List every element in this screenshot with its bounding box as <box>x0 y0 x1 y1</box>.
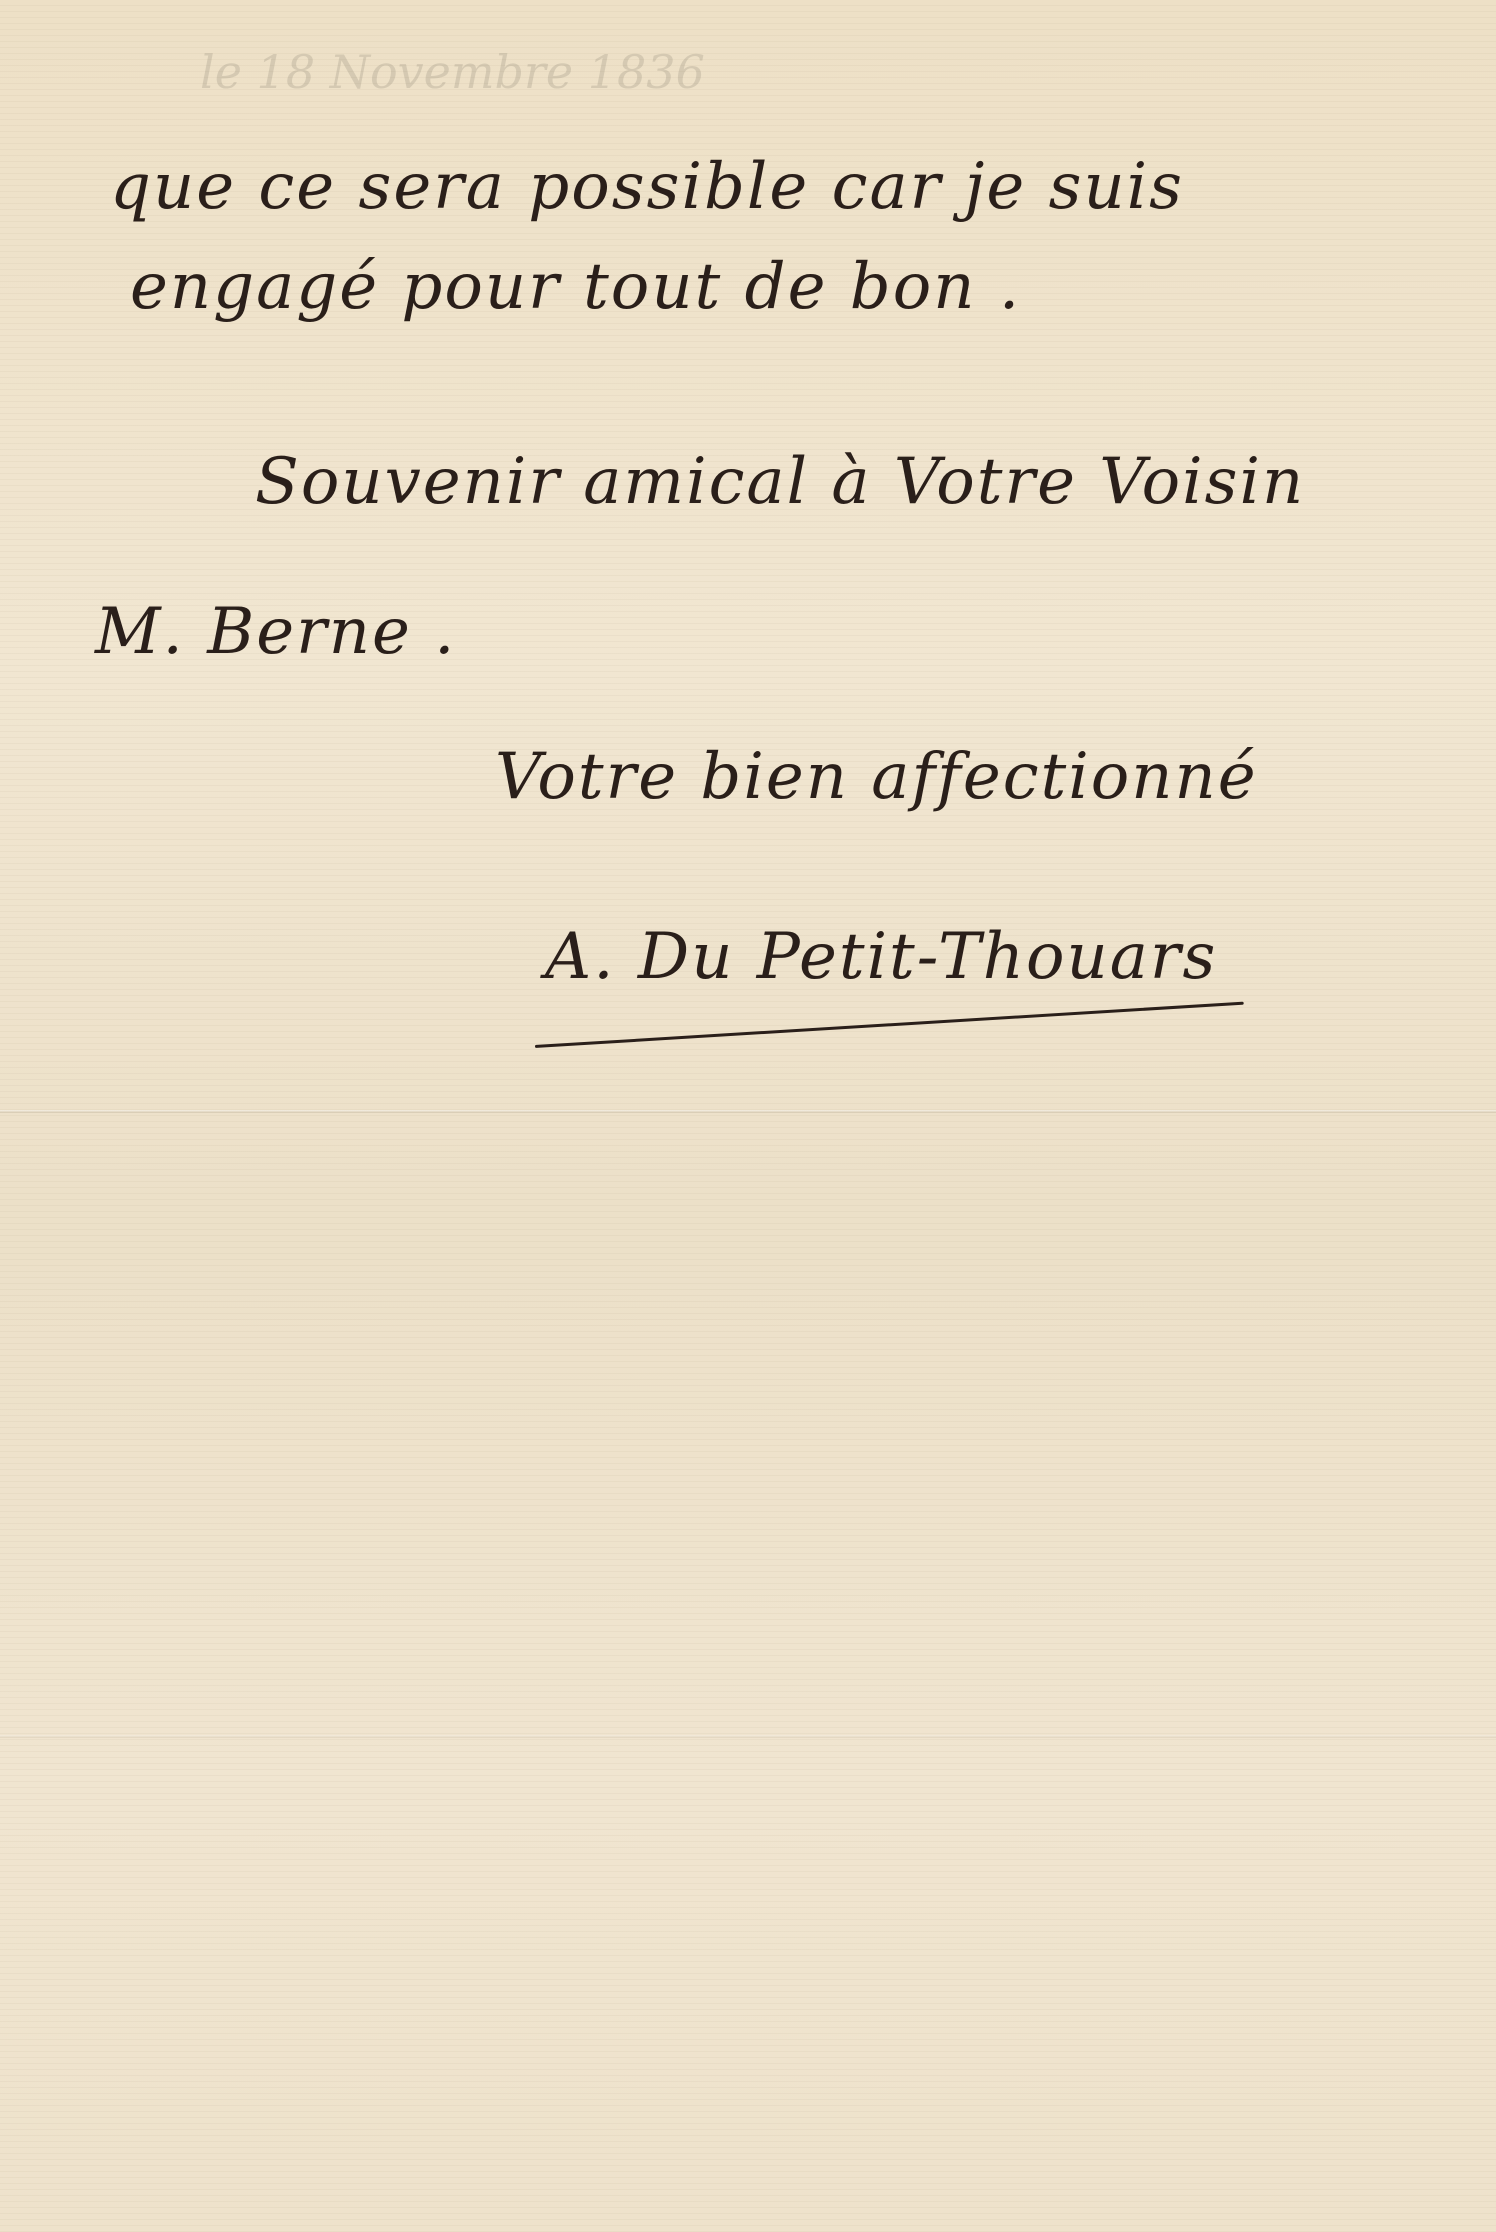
closing-salutation: Votre bien affectionné <box>495 740 1258 814</box>
signature-flourish <box>535 1002 1244 1048</box>
paper-fold <box>0 1735 1496 1738</box>
letter-line-2: engagé pour tout de bon . <box>130 250 1021 324</box>
letter-line-4: M. Berne . <box>95 595 457 669</box>
letter-line-1: que ce sera possible car je suis <box>110 150 1184 224</box>
letter-page: le 18 Novembre 1836 que ce sera possible… <box>0 0 1496 2232</box>
signature: A. Du Petit-Thouars <box>545 920 1217 994</box>
paper-fold <box>0 1110 1496 1113</box>
letter-line-3: Souvenir amical à Votre Voisin <box>255 445 1305 519</box>
bleed-through-date: le 18 Novembre 1836 <box>200 45 705 99</box>
